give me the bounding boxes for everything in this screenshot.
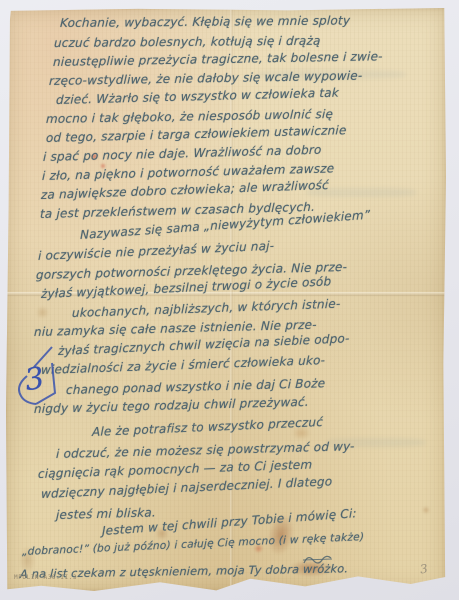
letter-line: rzęco-wstydliwe, że nie dałoby się wcale… (49, 69, 363, 88)
letter-line: chanego ponad wszystko i nie daj Ci Boże (66, 376, 326, 397)
margin-number-mark: 3 (12, 340, 66, 426)
letter-line: jesteś mi bliska. (56, 505, 156, 522)
page-number: 3 (419, 562, 429, 577)
catalog-number: MPOLIN-A36.II.3 (14, 574, 77, 581)
stain (422, 506, 430, 514)
letter-line: nieustępliwie przeżycia tragiczne, tak b… (53, 49, 383, 69)
letter-line: Ale że potrafisz to wszystko przeczuć (92, 415, 323, 439)
letter-line: mocno i tak głęboko, że niesposób uwolni… (46, 107, 334, 126)
letter-line: nigdy w życiu tego rodzaju chwil przeżyw… (34, 395, 309, 416)
letter-line: i spać po nocy nie daje. Wrażliwość na d… (43, 143, 322, 164)
crossed-out-scribble (302, 554, 334, 568)
stain (36, 306, 49, 319)
scan-background: Kochanie, wybaczyć. Kłębią się we mnie s… (0, 0, 459, 600)
letter-line: uczuć bardzo bolesnych, kotłują się i dr… (54, 34, 321, 50)
letter-line: i oczywiście nie przeżyłaś w życiu naj- (38, 239, 274, 263)
letter-line: od tego, szarpie i targa człowiekiem ust… (46, 123, 347, 145)
letter-page: Kochanie, wybaczyć. Kłębią się we mnie s… (6, 8, 446, 591)
letter-line: ukochanych, najbliższych, w których istn… (72, 297, 341, 320)
letter-line: Kochanie, wybaczyć. Kłębią się we mnie s… (60, 13, 351, 30)
letter-line: dzieć. Wżarło się to wszystko w człowiek… (56, 86, 339, 107)
